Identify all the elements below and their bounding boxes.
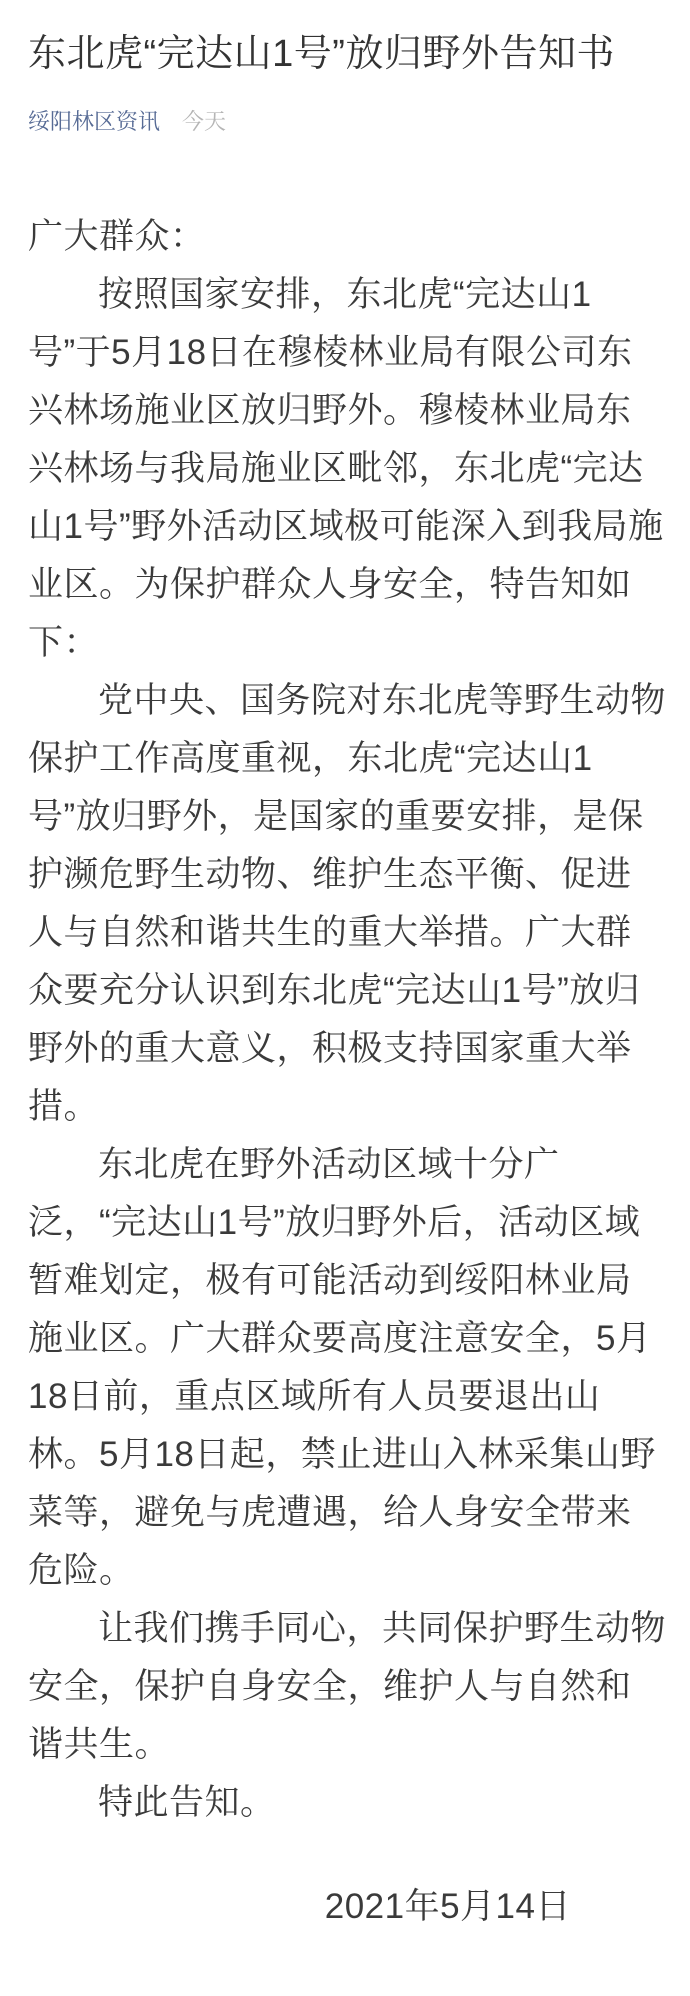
article-meta: 绥阳林区资讯 今天 [28,109,666,135]
article-page: 东北虎“完达山1号”放归野外告知书 绥阳林区资讯 今天 广大群众： 按照国家安排… [0,0,690,1996]
body-paragraph-1: 按照国家安排，东北虎“完达山1号”于5月18日在穆棱林业局有限公司东兴林场施业区… [28,266,666,672]
body-paragraph-2: 党中央、国务院对东北虎等野生动物保护工作高度重视，东北虎“完达山1号”放归野外，… [28,672,666,1136]
publish-time: 今天 [182,109,226,135]
salutation-line: 广大群众： [28,208,666,266]
closing-line: 特此告知。 [28,1774,666,1832]
body-paragraph-4: 让我们携手同心，共同保护野生动物安全，保护自身安全，维护人与自然和谐共生。 [28,1600,666,1774]
article-body: 广大群众： 按照国家安排，东北虎“完达山1号”于5月18日在穆棱林业局有限公司东… [28,208,666,1936]
account-name-link[interactable]: 绥阳林区资讯 [28,109,160,135]
article-title: 东北虎“完达山1号”放归野外告知书 [28,30,666,79]
body-paragraph-3: 东北虎在野外活动区域十分广泛，“完达山1号”放归野外后，活动区域暂难划定，极有可… [28,1136,666,1600]
date-line: 2021年5月14日 [28,1878,666,1936]
notice-date: 2021年5月14日 [325,1887,571,1926]
